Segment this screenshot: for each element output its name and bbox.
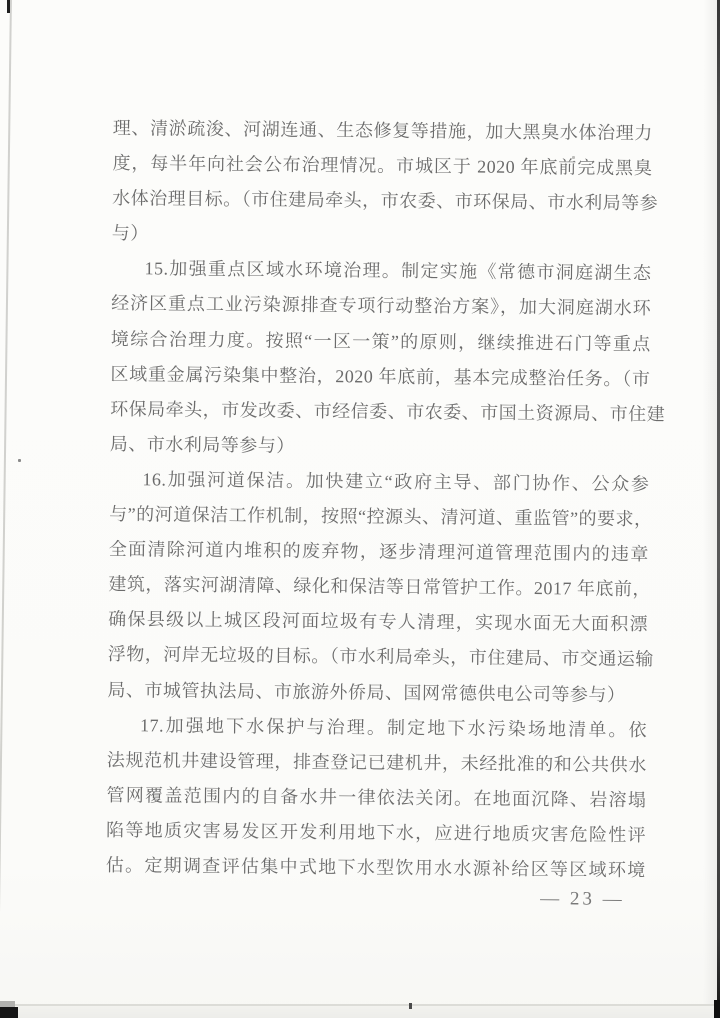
text-line: 17.加强地下水保护与治理。制定地下水污染场地清单。依 — [107, 708, 647, 748]
text-line: 16.加强河道保洁。加快建立“政府主导、部门协作、公众参 — [109, 462, 649, 502]
bottom-right-corner-mark — [714, 1000, 720, 1018]
bottom-page-edge-line — [14, 1004, 716, 1006]
bottom-left-corner-mark — [0, 1007, 18, 1018]
text-line: 管网覆盖范围内的自备水井一律依法关闭。在地面沉降、岩溶塌 — [106, 778, 646, 818]
text-line: 陷等地质灾害易发区开发利用地下水，应进行地质灾害危险性评 — [106, 813, 646, 853]
scan-speck — [18, 459, 21, 462]
page-content: 理、清淤疏浚、河湖连通、生态修复等措施，加大黑臭水体治理力度，每半年向社会公布治… — [0, 0, 720, 1018]
text-line: 估。定期调查评估集中式地下水型饮用水水源补给区等区域环境 — [106, 848, 646, 888]
text-line: 全面清除河道内堆积的废弃物，逐步清理河道管理范围内的违章 — [109, 532, 649, 572]
text-line: 建筑，落实河湖清障、绿化和保洁等日常管护工作。2017 年底前， — [108, 567, 648, 607]
scan-speck — [572, 156, 575, 159]
text-line: 局、市水利局等参与） — [110, 427, 650, 467]
text-line: 确保县级以上城区段河面垃圾有专人清理，实现水面无大面积漂 — [108, 602, 648, 642]
text-line: 法规范机井建设管理，排查登记已建机井，未经批准的和公共供水 — [107, 743, 647, 783]
bottom-edge-tick — [409, 1003, 412, 1009]
right-edge-shadow — [703, 0, 717, 1018]
left-top-edge-mark — [7, 0, 10, 13]
text-line: 与） — [112, 216, 652, 256]
document-body: 理、清淤疏浚、河湖连通、生态修复等措施，加大黑臭水体治理力度，每半年向社会公布治… — [106, 111, 653, 888]
text-line: 水体治理目标。（市住建局牵头，市农委、市环保局、市水利局等参 — [112, 181, 652, 221]
text-line: 局、市城管执法局、市旅游外侨局、国网常德供电公司等参与） — [107, 672, 647, 712]
text-line: 环保局牵头，市发改委、市经信委、市农委、市国土资源局、市住建 — [110, 392, 650, 432]
text-line: 经济区重点工业污染源排查专项行动整治方案》，加大洞庭湖水环 — [111, 286, 651, 326]
text-line: 理、清淤疏浚、河湖连通、生态修复等措施，加大黑臭水体治理力 — [113, 111, 653, 151]
text-line: 与”的河道保洁工作机制，按照“控源头、清河道、重监管”的要求， — [109, 497, 649, 537]
text-line: 15.加强重点区域水环境治理。制定实施《常德市洞庭湖生态 — [111, 251, 651, 291]
text-line: 区域重金属污染集中整治，2020 年底前，基本完成整治任务。（市 — [110, 357, 650, 397]
text-line: 浮物，河岸无垃圾的目标。（市水利局牵头，市住建局、市交通运输 — [108, 637, 648, 677]
page-number: — 23 — — [532, 888, 632, 911]
scanned-document-page: 理、清淤疏浚、河湖连通、生态修复等措施，加大黑臭水体治理力度，每半年向社会公布治… — [0, 0, 720, 1018]
bottom-edge-shading — [0, 1006, 720, 1018]
text-line: 度，每半年向社会公布治理情况。市城区于 2020 年底前完成黑臭 — [112, 146, 652, 186]
text-line: 境综合治理力度。按照“一区一策”的原则，继续推进石门等重点 — [111, 322, 651, 362]
